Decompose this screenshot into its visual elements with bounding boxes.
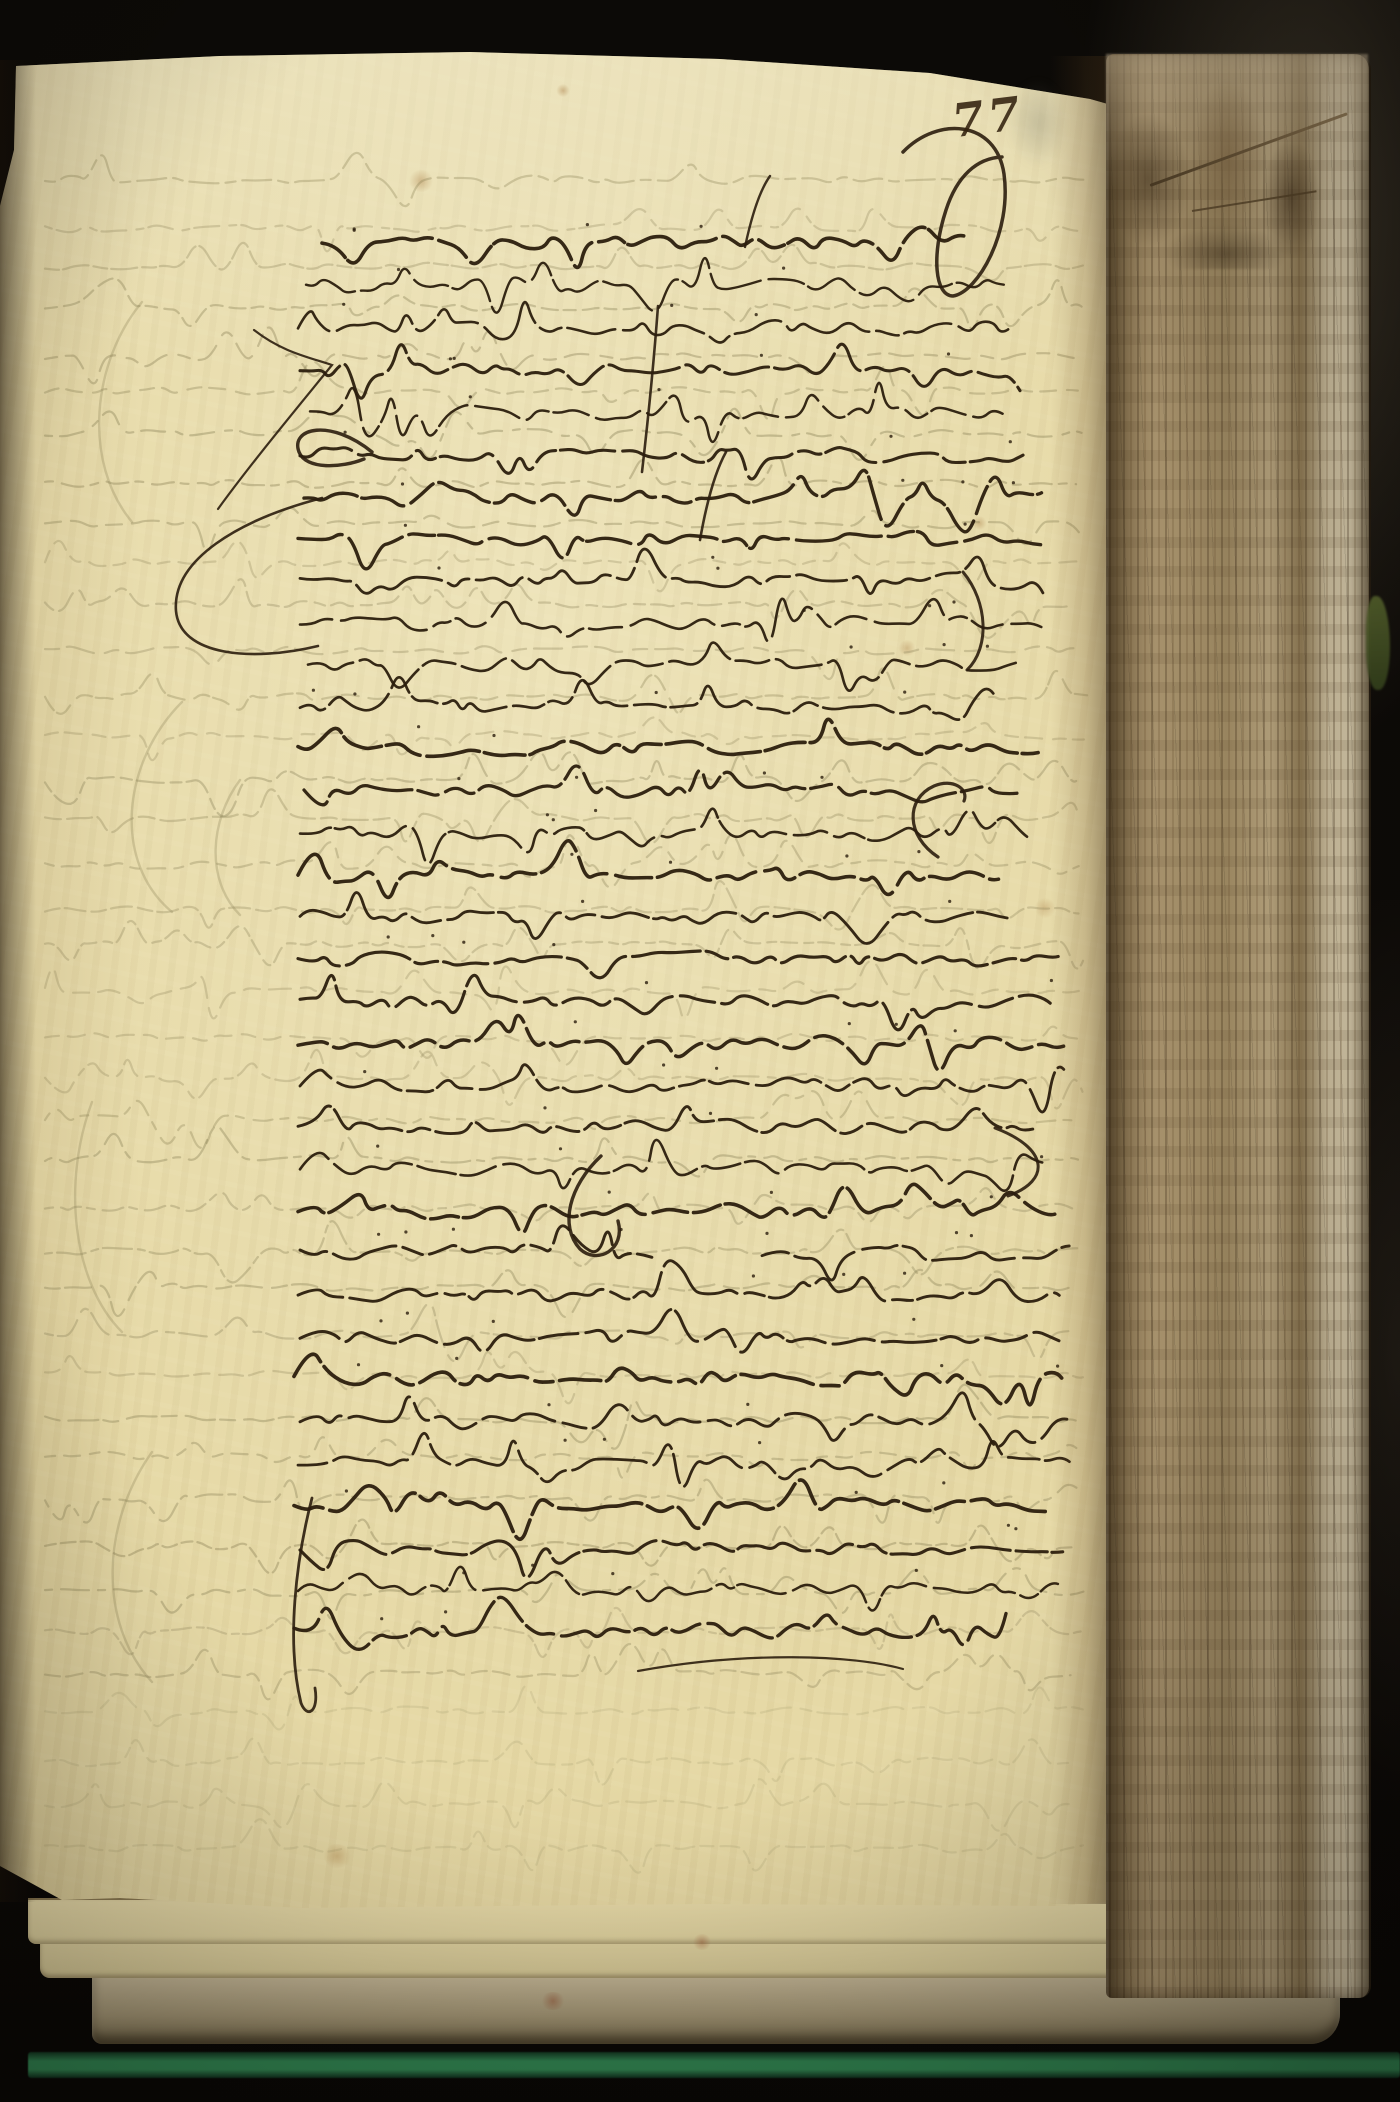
page-number: 77 — [949, 86, 1027, 148]
book-photo-scene: 77 — [0, 0, 1400, 2102]
torn-page-edges — [1106, 54, 1368, 269]
page-crease-shadow — [1050, 56, 1114, 1904]
fore-edge-page-stack — [1106, 54, 1371, 1998]
